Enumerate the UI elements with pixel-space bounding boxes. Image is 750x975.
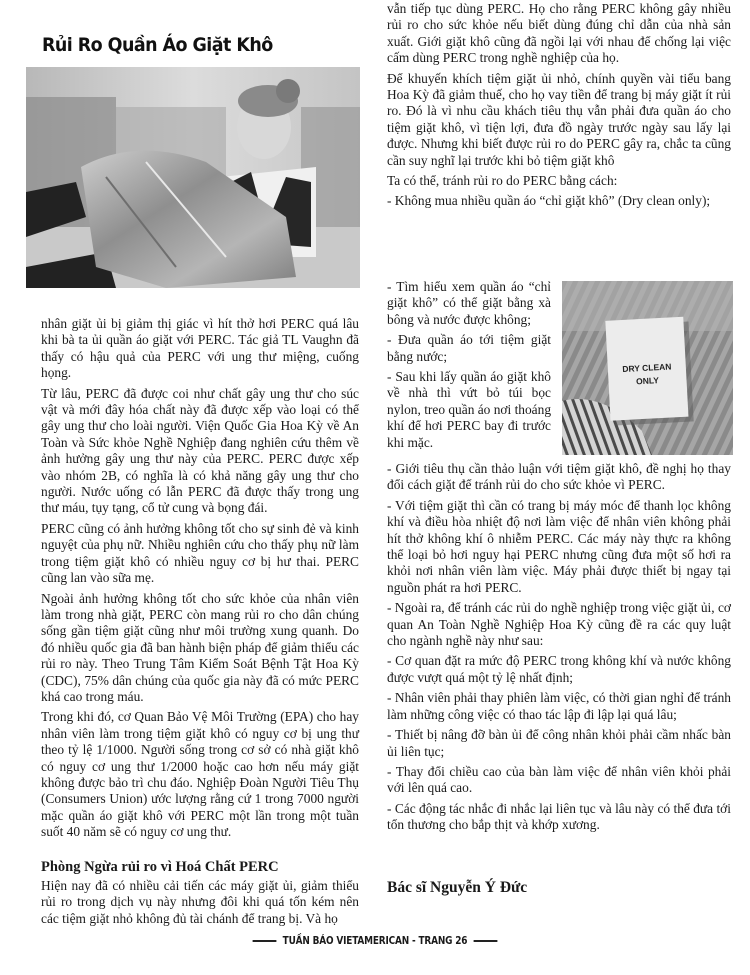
footer-rule-left (253, 940, 277, 942)
body-paragraph: Ngoài ảnh hưởng không tốt cho sức khỏe c… (41, 591, 359, 706)
body-paragraph: vẫn tiếp tục dùng PERC. Họ cho rằng PERC… (387, 1, 731, 67)
photo-illustration (26, 67, 360, 288)
author-byline: Bác sĩ Nguyễn Ý Đức (387, 879, 527, 897)
body-paragraph: Từ lâu, PERC đã được coi như chất gây un… (41, 386, 359, 517)
section-heading: Phòng Ngừa rủi ro vì Hoá Chất PERC (41, 859, 359, 875)
dry-cleaner-photo (26, 67, 360, 288)
body-paragraph: PERC cũng có ảnh hưởng không tốt cho sự … (41, 521, 359, 587)
body-paragraph: nhân giặt ủi bị giảm thị giác vì hít thở… (41, 316, 359, 382)
bullet-item: - Ngoài ra, để tránh các rủi do nghề ngh… (387, 600, 731, 649)
bullet-item: - Tìm hiểu xem quần áo “chỉ giặt khô” có… (387, 279, 551, 328)
footer-text: TUẦN BÁO VIETAMERICAN - TRANG 26 (283, 935, 468, 947)
body-paragraph: Hiện nay đã có nhiều cải tiến các máy gi… (41, 878, 359, 927)
bullet-item: - Thiết bị nâng đỡ bàn ủi để công nhân k… (387, 727, 731, 760)
bullet-item: - Nhân viên phải thay phiên làm việc, có… (387, 690, 731, 723)
bullet-item: - Với tiệm giặt thì cần có trang bị máy … (387, 498, 731, 596)
article-title: Rủi Ro Quần Áo Giặt Khô (42, 34, 273, 56)
bullet-item: - Đưa quần áo tới tiệm giặt bằng nước; (387, 332, 551, 365)
body-paragraph: Để khuyến khích tiệm giặt ủi nhỏ, chính … (387, 71, 731, 169)
bullet-item: - Giới tiêu thụ cần thảo luận với tiệm g… (387, 461, 731, 494)
right-column-top: vẫn tiếp tục dùng PERC. Họ cho rằng PERC… (387, 1, 731, 214)
body-paragraph: Ta có thể, tránh rủi ro do PERC bằng các… (387, 173, 731, 189)
page-footer: TUẦN BÁO VIETAMERICAN - TRANG 26 (56, 935, 694, 947)
bullet-item: - Sau khi lấy quần áo giặt khô về nhà th… (387, 369, 551, 451)
dry-clean-label-photo: DRY CLEAN ONLY (562, 281, 733, 455)
label-text-line2: ONLY (636, 375, 660, 386)
label-illustration: DRY CLEAN ONLY (562, 281, 733, 455)
bullet-item: - Cơ quan đặt ra mức độ PERC trong không… (387, 653, 731, 686)
narrow-bullet-list: - Tìm hiểu xem quần áo “chỉ giặt khô” có… (387, 279, 551, 455)
footer-rule-right (474, 940, 498, 942)
bullet-item: - Các động tác nhắc đi nhắc lại liên tục… (387, 801, 731, 834)
left-column: nhân giặt ủi bị giảm thị giác vì hít thở… (41, 316, 359, 931)
body-paragraph: Trong khi đó, cơ Quan Bảo Vệ Môi Trường … (41, 709, 359, 840)
bullet-item: - Thay đổi chiều cao của bàn làm việc để… (387, 764, 731, 797)
bullet-item: - Không mua nhiều quần áo “chỉ giặt khô”… (387, 193, 731, 209)
right-column-bottom: - Giới tiêu thụ cần thảo luận với tiệm g… (387, 461, 731, 838)
